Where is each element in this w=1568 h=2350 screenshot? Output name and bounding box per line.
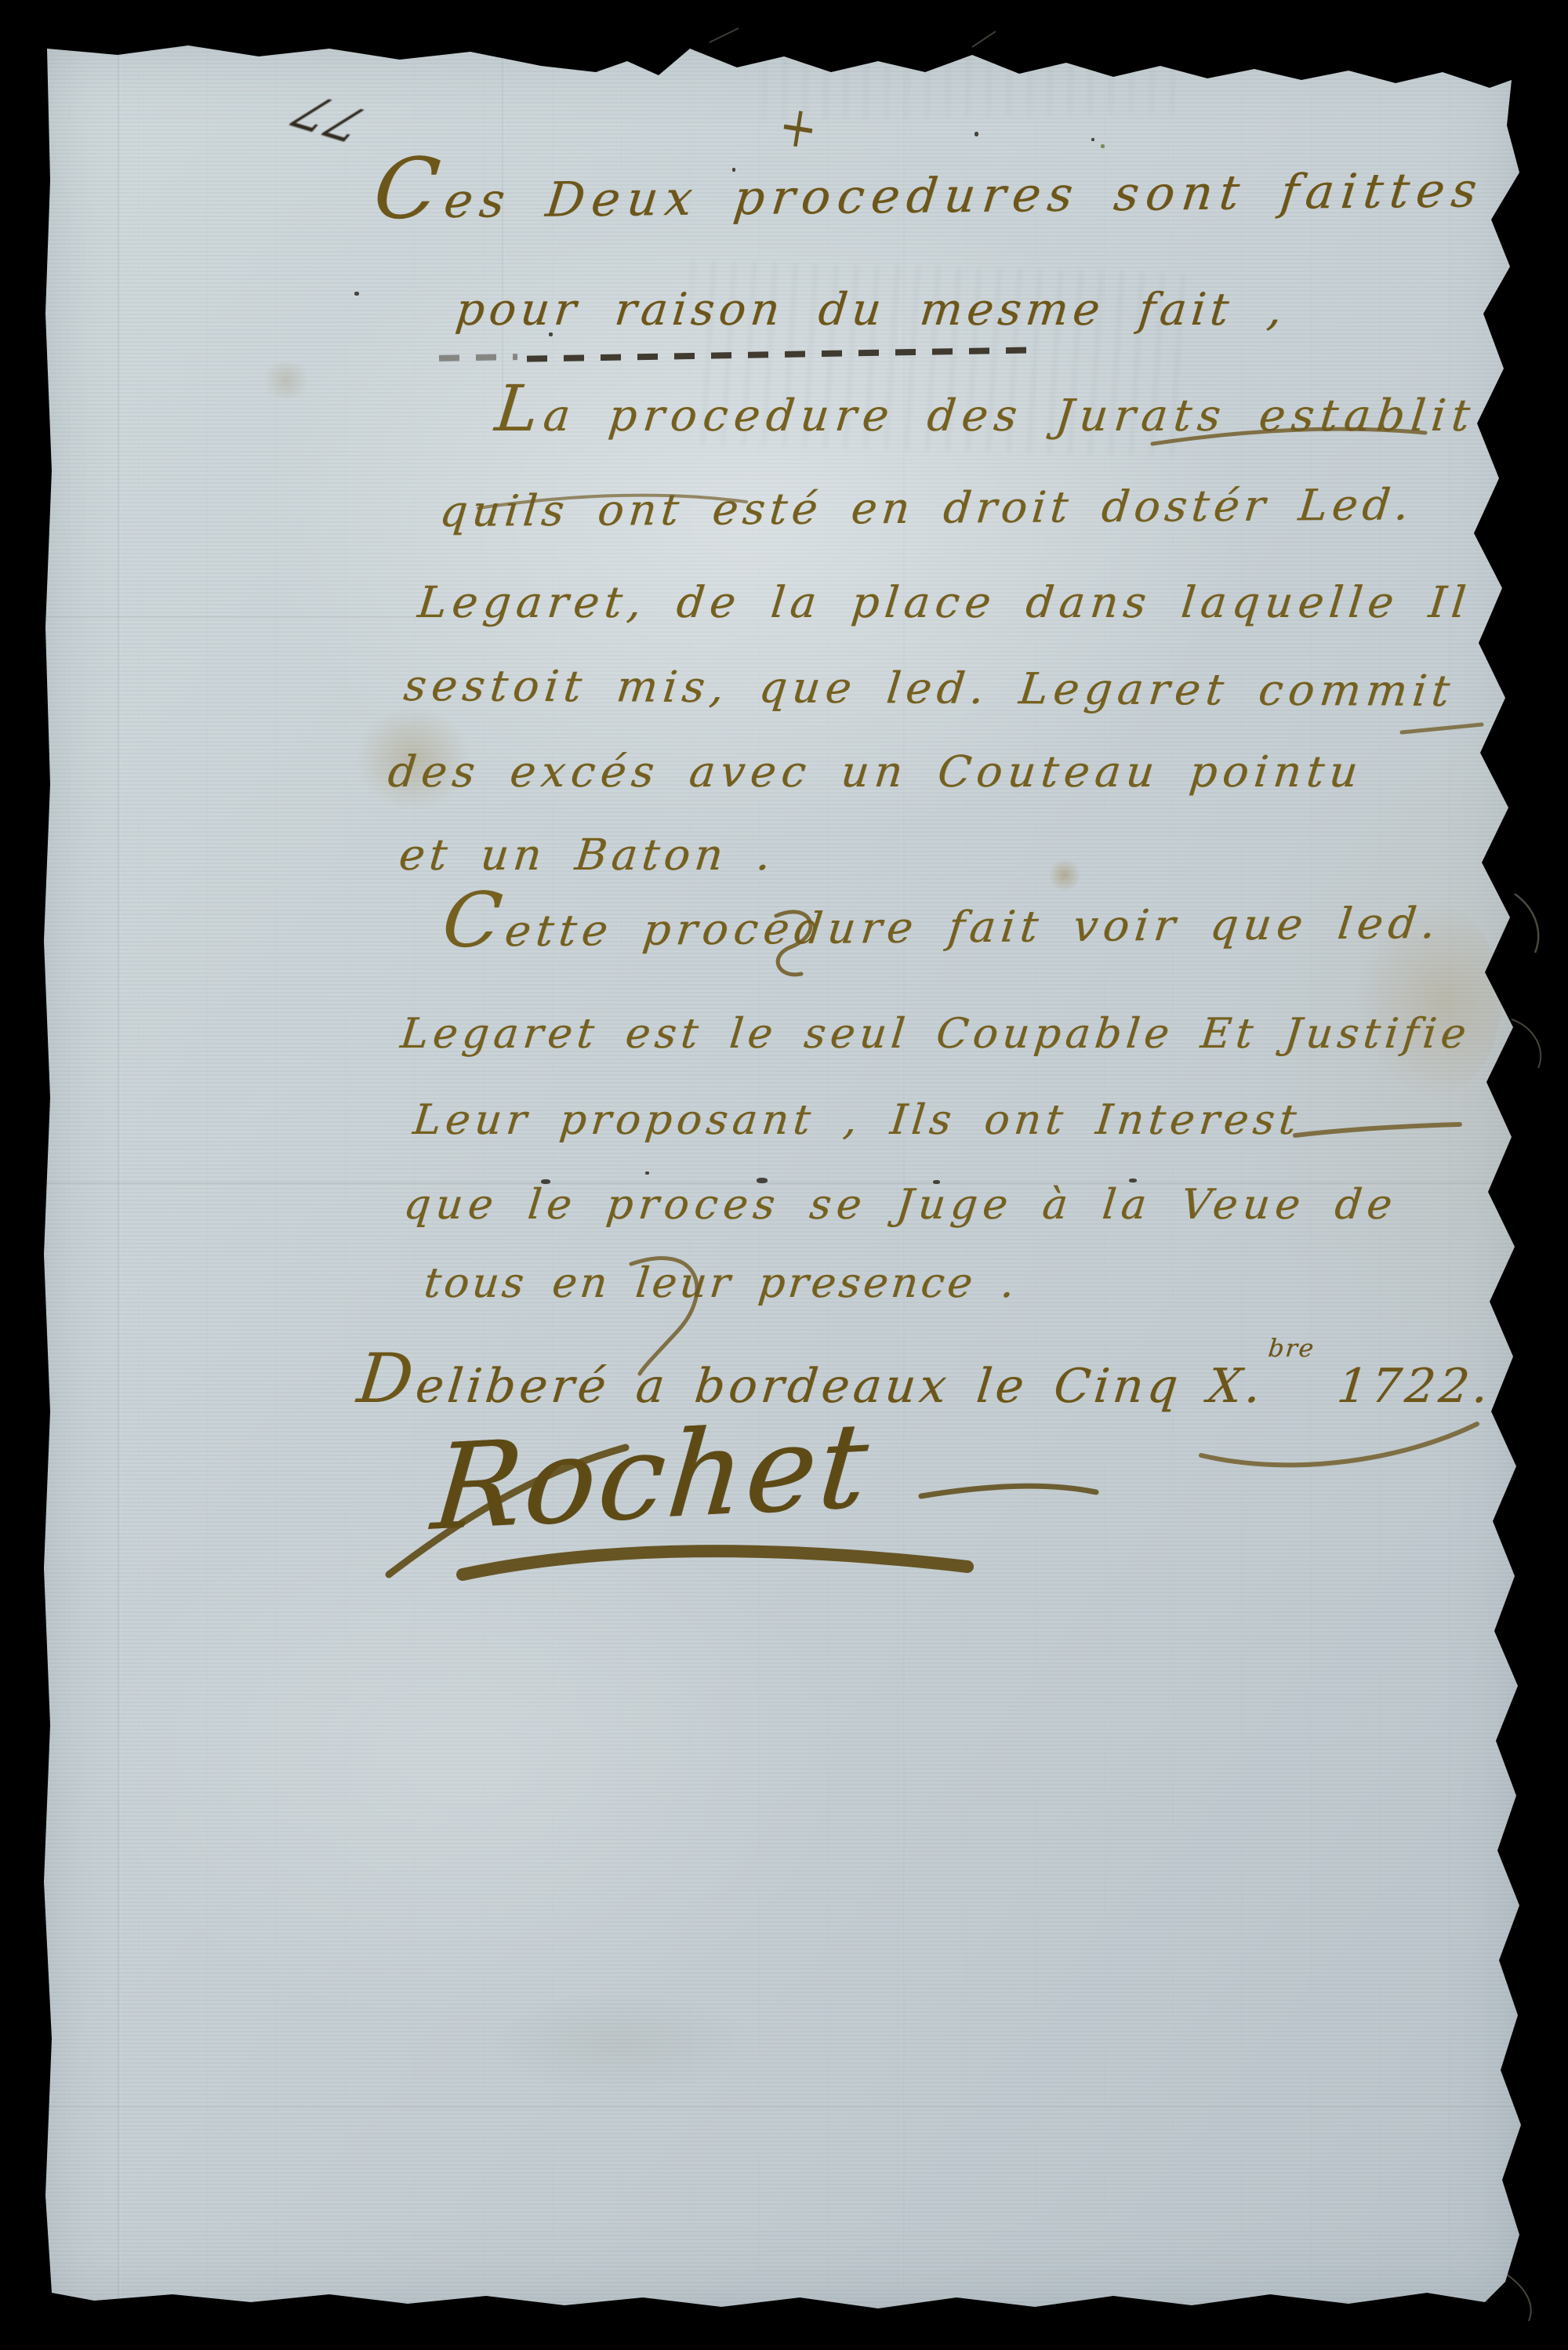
signature: Rochet xyxy=(427,1397,875,1557)
dashed-underline xyxy=(439,354,517,361)
handwritten-line: La procedure des Jurats establit xyxy=(492,390,1479,441)
handwritten-line: Legaret est le seul Coupable Et Justifie xyxy=(398,1010,1473,1058)
paper-fiber xyxy=(710,28,739,42)
handwritten-line: Cette procedure fait voir que led. xyxy=(439,898,1443,957)
handwritten-line: sestoit mis, que led. Legaret commit xyxy=(401,660,1457,716)
manuscript-page: 77 + Ces Deux procedures sont faittes po… xyxy=(0,0,1568,2350)
speck xyxy=(1091,138,1094,141)
vertical-crease xyxy=(118,49,121,2299)
dateline-flourish xyxy=(1201,1424,1477,1465)
paper-fiber xyxy=(1512,1019,1541,1068)
speck xyxy=(975,132,978,136)
vertical-crease xyxy=(502,49,505,417)
handwritten-line: que le proces se Juge à la Veue de xyxy=(401,1181,1399,1229)
faint-stain xyxy=(486,1992,753,2094)
green-fleck xyxy=(1101,144,1105,148)
signature-underline-flourish xyxy=(463,1551,967,1575)
speck xyxy=(354,292,359,296)
page-number-mark: 77 xyxy=(282,82,377,152)
superscript-month-abbr: bre xyxy=(1267,1335,1316,1363)
dateline: Deliberé a bordeaux le Cinq X.bre 1722. xyxy=(354,1335,1497,1414)
handwritten-line: des excés avec un Couteau pointu xyxy=(386,746,1366,797)
handwritten-line: pour raison du mesme fait , xyxy=(453,284,1289,336)
horizontal-crease xyxy=(45,2106,1515,2109)
small-stain xyxy=(259,362,314,398)
handwritten-line: tous en leur presence . xyxy=(422,1259,1020,1307)
small-stain xyxy=(1047,859,1082,891)
handwritten-line: Ces Deux procedures sont faittes xyxy=(370,162,1486,230)
interest-tail-stroke xyxy=(1295,1124,1460,1135)
paper-fiber xyxy=(972,31,996,47)
fold-speck xyxy=(645,1171,649,1175)
handwritten-line: Legaret, de la place dans laquelle Il xyxy=(416,577,1473,627)
handwritten-line: Leur proposant , Ils ont Interest xyxy=(411,1096,1303,1144)
handwritten-line: quils ont esté en droit dostér Led. xyxy=(437,479,1416,536)
handwritten-line: et un Baton . xyxy=(397,830,778,880)
signature-t-crossbar xyxy=(921,1486,1096,1496)
photo-background: 77 + Ces Deux procedures sont faittes po… xyxy=(0,0,1568,2350)
horizontal-crease xyxy=(47,616,439,619)
paper-fiber xyxy=(1504,2272,1531,2321)
dateline-year: 1722. xyxy=(1334,1359,1494,1414)
commit-tail-stroke xyxy=(1402,725,1482,732)
paper-fiber xyxy=(1515,894,1538,953)
